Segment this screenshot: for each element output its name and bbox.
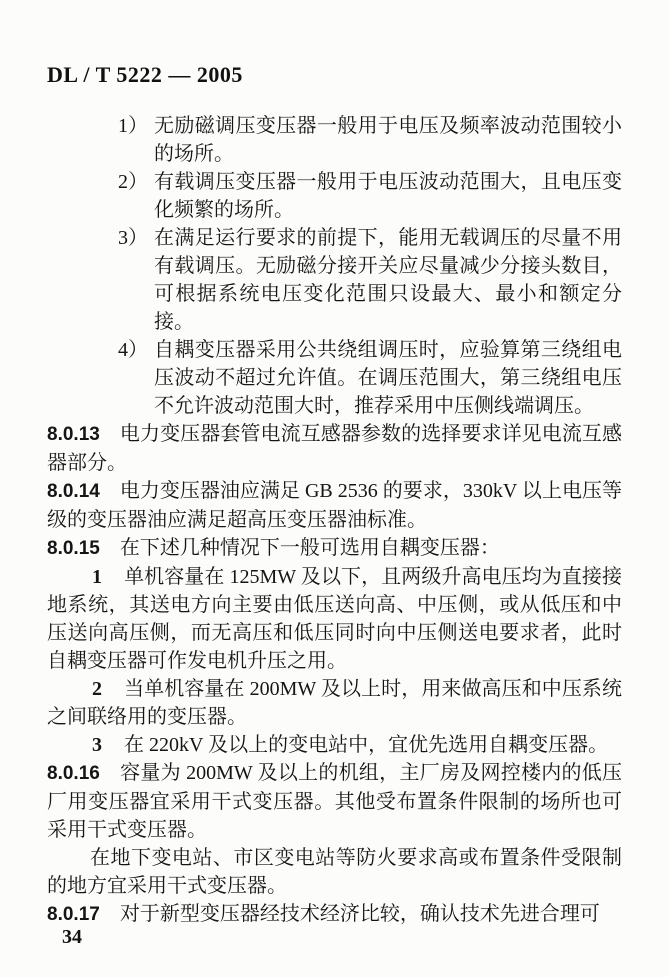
list-item-number: 4） xyxy=(118,336,154,420)
sub-item-3: 3在 220kV 及以上的变电站中，宜优先选用自耦变压器。 xyxy=(47,731,622,759)
sub-item-1: 1单机容量在 125MW 及以下，且两级升高电压均为直接接地系统，其送电方向主要… xyxy=(47,563,622,675)
document-page: DL / T 5222 — 2005 1） 无励磁调压变压器一般用于电压及频率波… xyxy=(0,0,669,977)
clause-text: 对于新型变压器经技术经济比较，确认技术先进合理可 xyxy=(120,903,600,925)
sub-item-number: 1 xyxy=(47,566,124,588)
clause-text: 电力变压器套管电流互感器参数的选择要求详见电流互感器部分。 xyxy=(47,423,622,474)
list-item-text: 自耦变压器采用公共绕组调压时，应验算第三绕组电压波动不超过允许值。在调压范围大，… xyxy=(154,336,622,420)
document-content: 1） 无励磁调压变压器一般用于电压及频率波动范围较小的场所。 2） 有载调压变压… xyxy=(47,112,622,929)
list-item-text: 无励磁调压变压器一般用于电压及频率波动范围较小的场所。 xyxy=(154,112,622,168)
sub-item-number: 3 xyxy=(47,734,124,756)
sub-item-text: 当单机容量在 200MW 及以上时，用来做高压和中压系统之间联络用的变压器。 xyxy=(47,678,622,728)
clause-number: 8.0.13 xyxy=(47,424,120,445)
clause-text: 电力变压器油应满足 GB 2536 的要求，330kV 以上电压等级的变压器油应… xyxy=(47,480,622,531)
page-number: 34 xyxy=(62,926,82,949)
sub-item-number: 2 xyxy=(47,678,124,700)
clause-8-0-17: 8.0.17对于新型变压器经技术经济比较，确认技术先进合理可 xyxy=(47,900,622,929)
list-item-text: 在满足运行要求的前提下，能用无载调压的尽量不用有载调压。无励磁分接开关应尽量减少… xyxy=(154,224,622,336)
clause-8-0-14: 8.0.14电力变压器油应满足 GB 2536 的要求，330kV 以上电压等级… xyxy=(47,477,622,534)
sub-item-text: 在 220kV 及以上的变电站中，宜优先选用自耦变压器。 xyxy=(124,734,608,756)
list-item-number: 3） xyxy=(118,224,154,336)
clause-text: 在下述几种情况下一般可选用自耦变压器： xyxy=(120,537,500,559)
list-item-number: 1） xyxy=(118,112,154,168)
list-item-number: 2） xyxy=(118,168,154,224)
sub-item-2: 2当单机容量在 200MW 及以上时，用来做高压和中压系统之间联络用的变压器。 xyxy=(47,675,622,731)
numbered-list-item-1: 1） 无励磁调压变压器一般用于电压及频率波动范围较小的场所。 xyxy=(118,112,622,168)
clause-number: 8.0.17 xyxy=(47,904,120,925)
numbered-list-item-3: 3） 在满足运行要求的前提下，能用无载调压的尽量不用有载调压。无励磁分接开关应尽… xyxy=(118,224,622,336)
numbered-list-item-4: 4） 自耦变压器采用公共绕组调压时，应验算第三绕组电压波动不超过允许值。在调压范… xyxy=(118,336,622,420)
clause-text: 容量为 200MW 及以上的机组，主厂房及网控楼内的低压厂用变压器宜采用干式变压… xyxy=(47,762,622,841)
clause-number: 8.0.14 xyxy=(47,481,120,502)
clause-number: 8.0.15 xyxy=(47,538,120,559)
clause-8-0-15: 8.0.15在下述几种情况下一般可选用自耦变压器： xyxy=(47,534,622,563)
standard-number-header: DL / T 5222 — 2005 xyxy=(47,62,622,88)
clause-8-0-16: 8.0.16容量为 200MW 及以上的机组，主厂房及网控楼内的低压厂用变压器宜… xyxy=(47,759,622,844)
list-item-text: 有载调压变压器一般用于电压波动范围大，且电压变化频繁的场所。 xyxy=(154,168,622,224)
numbered-list-item-2: 2） 有载调压变压器一般用于电压波动范围大，且电压变化频繁的场所。 xyxy=(118,168,622,224)
sub-item-text: 单机容量在 125MW 及以下，且两级升高电压均为直接接地系统，其送电方向主要由… xyxy=(47,566,622,672)
clause-number: 8.0.16 xyxy=(47,763,120,784)
clause-8-0-13: 8.0.13电力变压器套管电流互感器参数的选择要求详见电流互感器部分。 xyxy=(47,420,622,477)
plain-paragraph: 在地下变电站、市区变电站等防火要求高或布置条件受限制的地方宜采用干式变压器。 xyxy=(47,844,622,900)
